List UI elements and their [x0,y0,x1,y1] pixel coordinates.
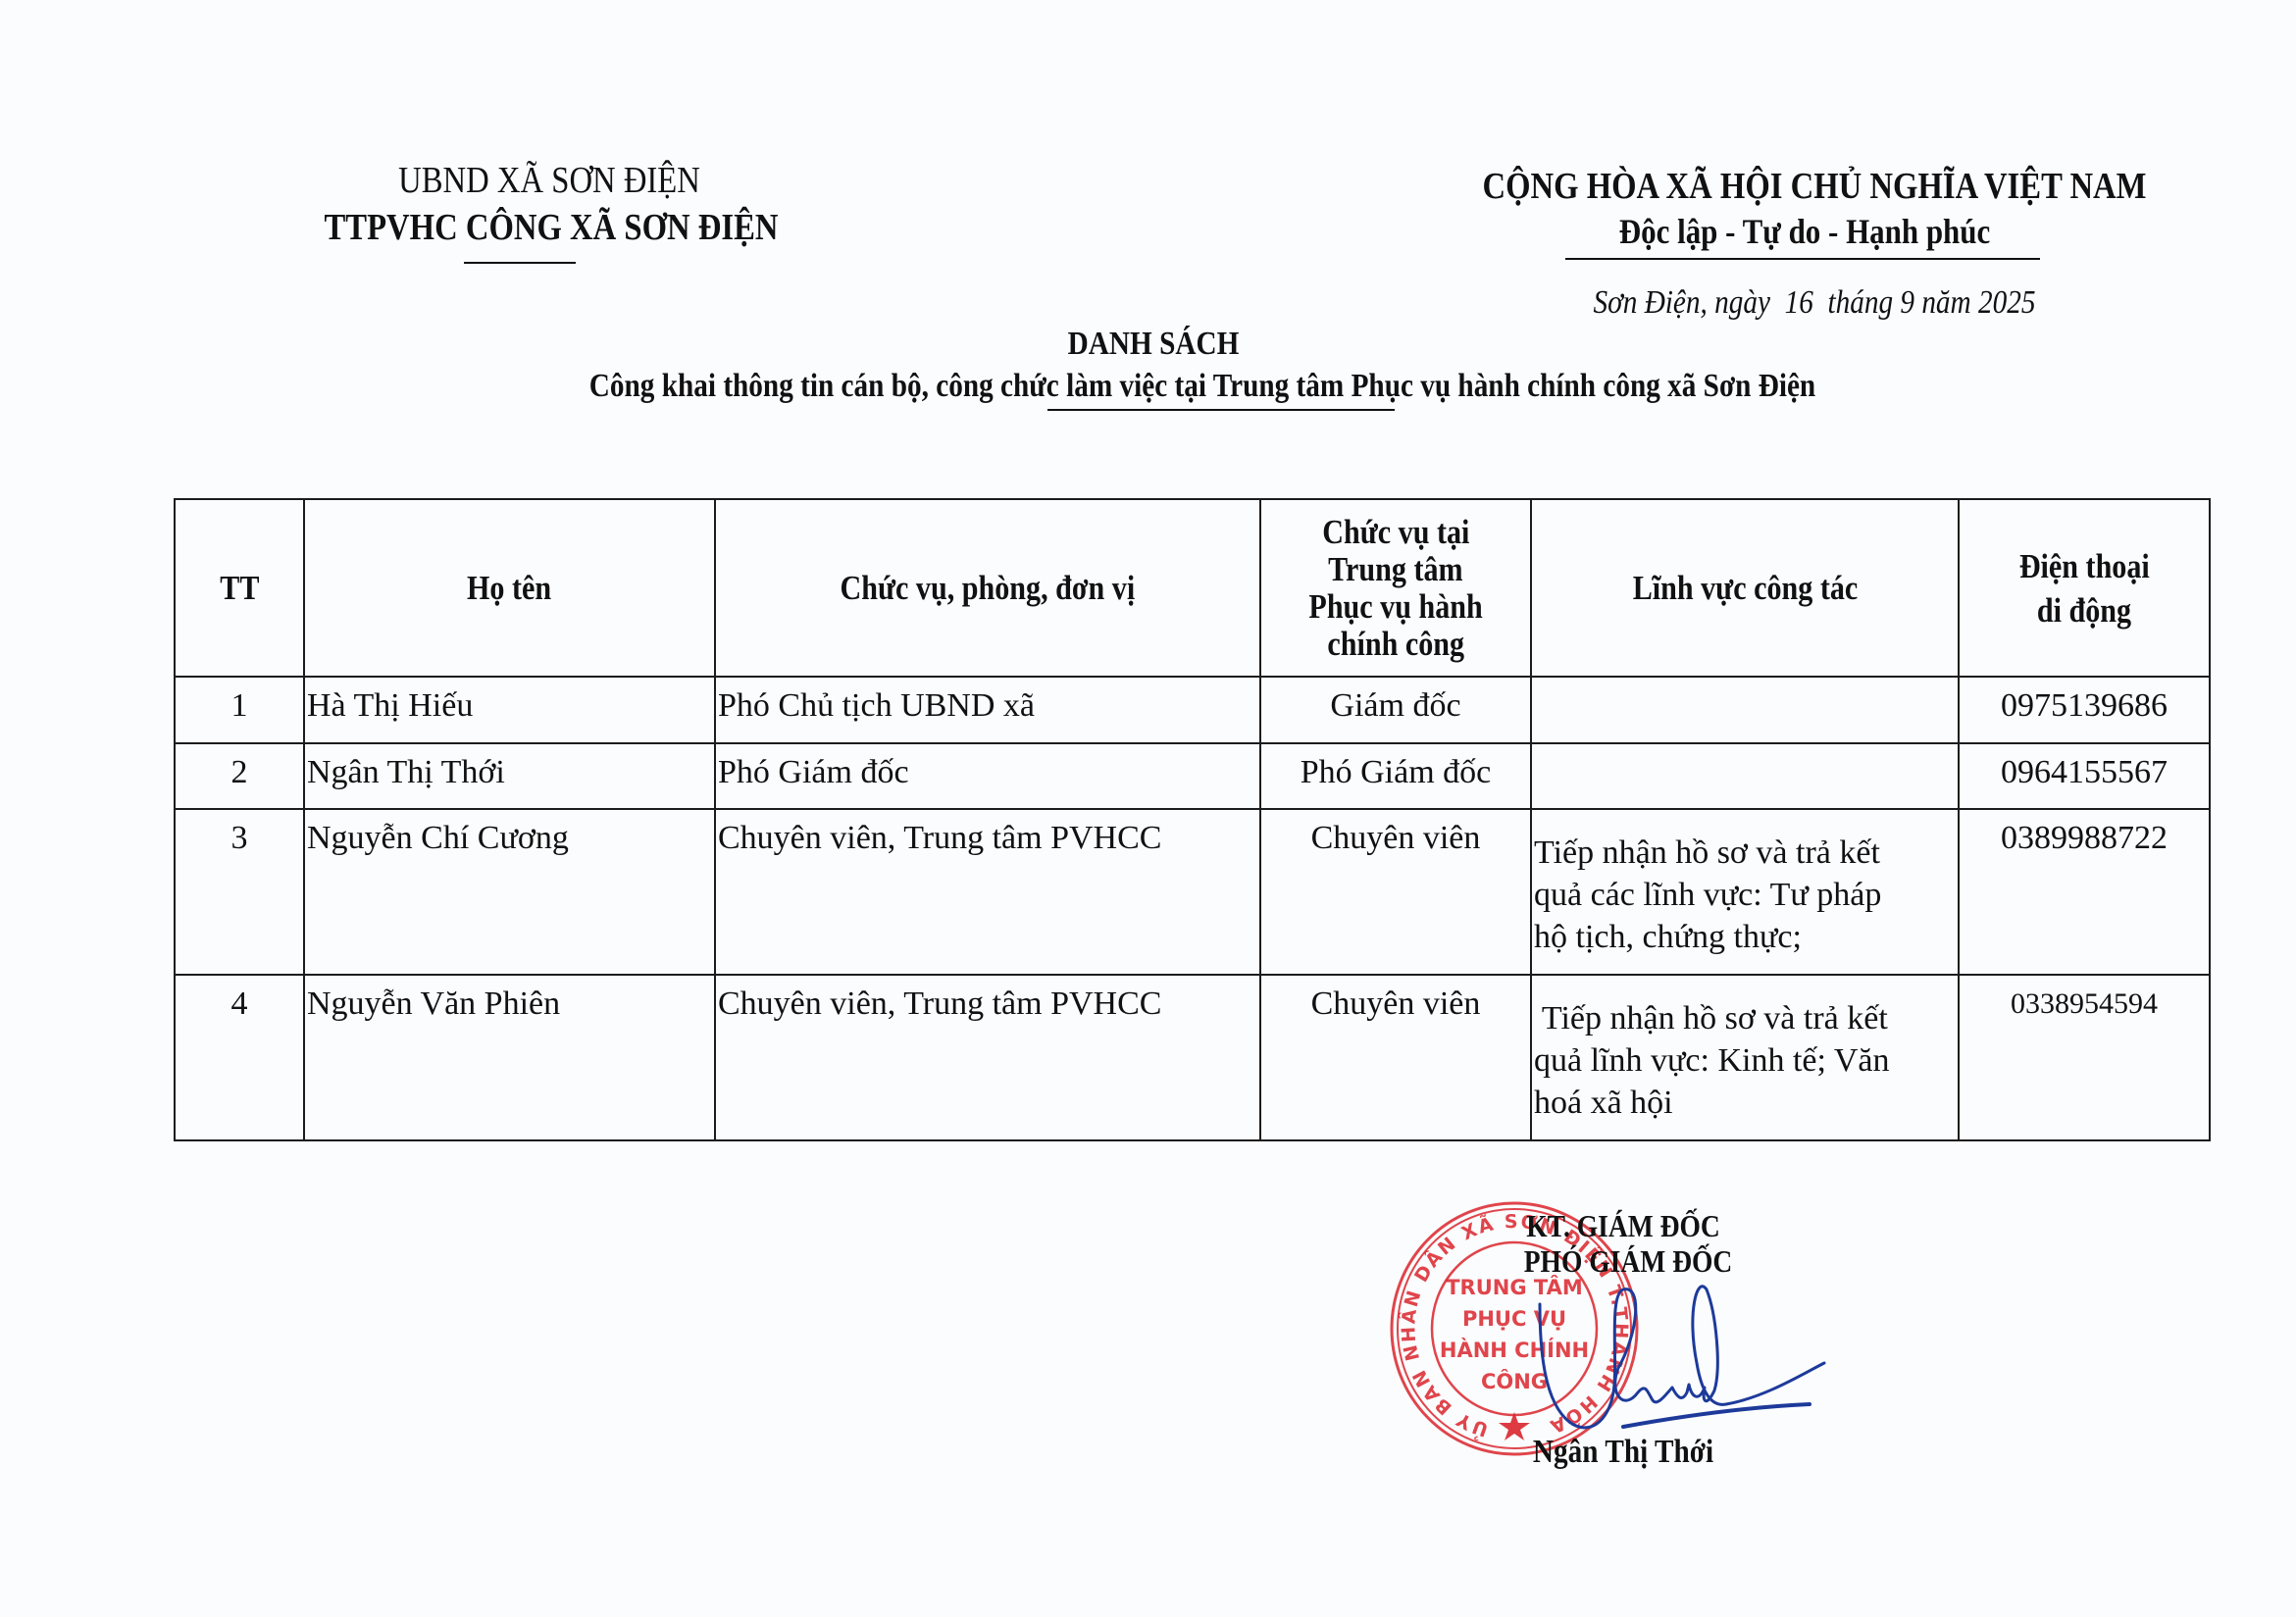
header-field-text: Lĩnh vực công tác [1632,566,1858,610]
signature-title-1-text: KT. GIÁM ĐỐC [1526,1208,1719,1244]
header-center-position-line: chính công [1327,626,1464,663]
header-tt-text: TT [220,566,259,610]
cell-position: Phó Giám đốc [715,743,1260,809]
national-title-text: CỘNG HÒA XÃ HỘI CHỦ NGHĨA VIỆT NAM [1483,165,2147,208]
header-center-position-line: Chức vụ tại [1322,514,1469,551]
cell-tt-text: 3 [176,810,303,859]
cell-field-lines [1534,678,1958,699]
cell-tt-text: 1 [176,678,303,727]
cell-field-line: hộ tịch, chứng thực; [1534,916,1958,958]
cell-center-position: Chuyên viên [1260,975,1531,1140]
table-header-row: TT Họ tên Chức vụ, phòng, đơn vị Chức vụ… [175,499,2210,677]
cell-field-lines [1534,744,1958,766]
header-tt: TT [175,499,304,677]
cell-field-lines: Tiếp nhận hồ sơ và trả kếtquả các lĩnh v… [1534,810,1958,958]
cell-phone-text: 0964155567 [1960,744,2209,793]
cell-center-position-text: Phó Giám đốc [1261,744,1530,793]
cell-position: Chuyên viên, Trung tâm PVHCC [715,809,1260,975]
document-subtitle-text: Công khai thông tin cán bộ, công chức là… [589,368,1815,405]
national-motto-text: Độc lập - Tự do - Hạnh phúc [1619,211,1990,252]
cell-position: Phó Chủ tịch UBND xã [715,677,1260,743]
agency-parent-name: UBND XÃ SƠN ĐIỆN [374,159,725,202]
document-subtitle: Công khai thông tin cán bộ, công chức là… [489,368,1915,405]
cell-field [1531,677,1959,743]
cell-name-text: Nguyễn Chí Cương [307,810,714,859]
cell-phone-text: 0338954594 [1960,976,2209,1025]
cell-position-text: Chuyên viên, Trung tâm PVHCC [718,810,1259,859]
cell-phone-text: 0975139686 [1960,678,2209,727]
header-center-position: Chức vụ tại Trung tâm Phục vụ hành chính… [1260,499,1531,677]
cell-tt: 3 [175,809,304,975]
document-date-text: Sơn Điện, ngày 16 tháng 9 năm 2025 [1594,284,2036,322]
cell-center-position-text: Chuyên viên [1261,810,1530,859]
agency-parent-text: UBND XÃ SƠN ĐIỆN [398,159,700,202]
cell-name: Nguyễn Chí Cương [304,809,715,975]
cell-tt: 2 [175,743,304,809]
header-center-position-line: Trung tâm [1328,551,1462,588]
cell-center-position: Giám đốc [1260,677,1531,743]
cell-phone-text: 0389988722 [1960,810,2209,859]
cell-phone: 0389988722 [1959,809,2210,975]
header-position: Chức vụ, phòng, đơn vị [715,499,1260,677]
header-phone-line: Điện thoại [2019,544,2150,588]
agency-name-text: TTPVHC CÔNG XÃ SƠN ĐIỆN [324,206,778,249]
national-motto: Độc lập - Tự do - Hạnh phúc [1589,211,2020,252]
subtitle-underline [1047,409,1395,411]
header-name: Họ tên [304,499,715,677]
header-phone: Điện thoại di động [1959,499,2210,677]
signer-name: Ngân Thị Thới [1518,1434,1728,1471]
agency-underline [464,262,576,264]
cell-phone: 0975139686 [1959,677,2210,743]
cell-field-lines: Tiếp nhận hồ sơ và trả kếtquả lĩnh vực: … [1534,976,1958,1124]
cell-center-position: Chuyên viên [1260,809,1531,975]
cell-field-line: Tiếp nhận hồ sơ và trả kết [1534,832,1958,874]
cell-name-text: Hà Thị Hiếu [307,678,714,727]
cell-name: Nguyễn Văn Phiên [304,975,715,1140]
table-row: 1Hà Thị HiếuPhó Chủ tịch UBND xãGiám đốc… [175,677,2210,743]
cell-field-line: hoá xã hội [1534,1082,1958,1124]
cell-name: Ngân Thị Thới [304,743,715,809]
document-date: Sơn Điện, ngày 16 tháng 9 năm 2025 [1557,284,2071,322]
cell-center-position-text: Giám đốc [1261,678,1530,727]
header-phone-line: di động [2037,588,2131,632]
cell-position-text: Chuyên viên, Trung tâm PVHCC [718,976,1259,1025]
cell-tt-text: 4 [176,976,303,1025]
cell-field [1531,743,1959,809]
cell-center-position-text: Chuyên viên [1261,976,1530,1025]
cell-tt: 1 [175,677,304,743]
table-row: 4Nguyễn Văn PhiênChuyên viên, Trung tâm … [175,975,2210,1140]
header-name-text: Họ tên [467,566,551,610]
cell-tt: 4 [175,975,304,1140]
staff-table: TT Họ tên Chức vụ, phòng, đơn vị Chức vụ… [174,498,2211,1141]
signer-name-text: Ngân Thị Thới [1533,1434,1713,1471]
cell-phone: 0964155567 [1959,743,2210,809]
cell-name-text: Ngân Thị Thới [307,744,714,793]
national-title: CỘNG HÒA XÃ HỘI CHỦ NGHĨA VIỆT NAM [1428,165,2200,208]
table-row: 3Nguyễn Chí CươngChuyên viên, Trung tâm … [175,809,2210,975]
header-center-position-line: Phục vụ hành [1308,588,1482,626]
cell-position-text: Phó Giám đốc [718,744,1259,793]
header-field: Lĩnh vực công tác [1531,499,1959,677]
header-position-text: Chức vụ, phòng, đơn vị [841,566,1136,610]
document-title: DANH SÁCH [1053,326,1252,363]
handwritten-signature-icon [1530,1275,1844,1441]
signature-title-1: KT. GIÁM ĐỐC [1510,1208,1736,1244]
cell-field-line: quả lĩnh vực: Kinh tế; Văn [1534,1039,1958,1082]
cell-field-line: quả các lĩnh vực: Tư pháp [1534,874,1958,916]
cell-center-position: Phó Giám đốc [1260,743,1531,809]
agency-name: TTPVHC CÔNG XÃ SƠN ĐIỆN [287,206,815,249]
motto-underline [1565,258,2040,260]
cell-field-line: Tiếp nhận hồ sơ và trả kết [1534,997,1958,1039]
cell-name-text: Nguyễn Văn Phiên [307,976,714,1025]
cell-field: Tiếp nhận hồ sơ và trả kếtquả lĩnh vực: … [1531,975,1959,1140]
cell-field: Tiếp nhận hồ sơ và trả kếtquả các lĩnh v… [1531,809,1959,975]
table-row: 2Ngân Thị ThớiPhó Giám đốcPhó Giám đốc09… [175,743,2210,809]
cell-position: Chuyên viên, Trung tâm PVHCC [715,975,1260,1140]
document-title-text: DANH SÁCH [1068,326,1240,363]
cell-position-text: Phó Chủ tịch UBND xã [718,678,1259,727]
cell-phone: 0338954594 [1959,975,2210,1140]
cell-tt-text: 2 [176,744,303,793]
cell-name: Hà Thị Hiếu [304,677,715,743]
